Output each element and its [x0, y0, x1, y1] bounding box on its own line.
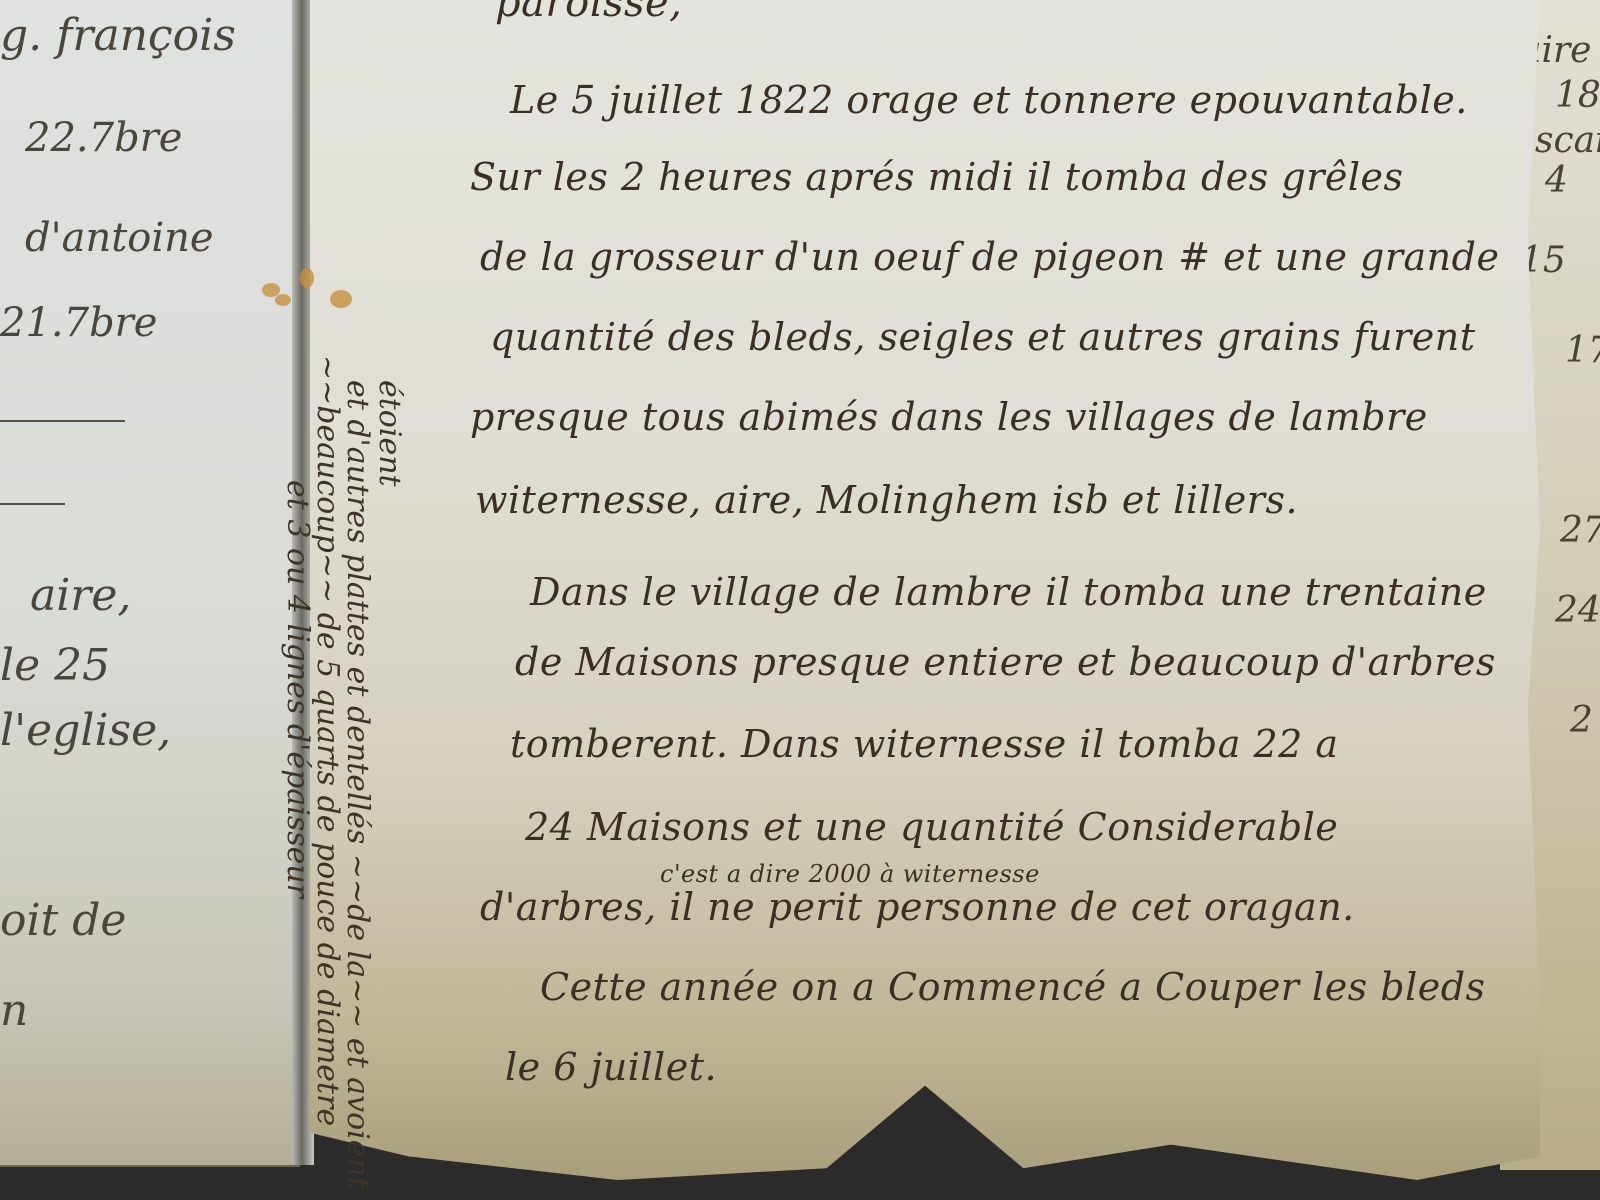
manuscript-line: Dans le village de lambre il tomba une t… — [530, 570, 1487, 614]
left-fragment: 22.7bre — [25, 115, 182, 161]
manuscript-line: witernesse, aire, Molinghem isb et lille… — [475, 478, 1298, 522]
ink-stain — [275, 294, 291, 306]
right-fragment: 18 — [1555, 75, 1600, 116]
manuscript-line: le 6 juillet. — [505, 1045, 717, 1089]
manuscript-line: 24 Maisons et une quantité Considerable — [525, 805, 1338, 849]
left-fragment: oit de — [0, 895, 126, 946]
right-fragment: 24 — [1555, 590, 1600, 631]
left-fragment: aire, — [30, 570, 131, 621]
interlinear-note: c'est a dire 2000 à witernesse — [660, 860, 1040, 888]
right-fragment: 17 — [1565, 330, 1600, 371]
left-fragment: d'antoine — [25, 215, 214, 261]
margin-note-insert: étoient — [372, 380, 407, 487]
manuscript-line: de la grosseur d'un oeuf de pigeon # et … — [480, 235, 1499, 279]
right-fragment: scaio — [1535, 120, 1600, 161]
left-fragment: l'eglise, — [0, 705, 171, 756]
manuscript-photo: g. françois 22.7bre d'antoine 21.7bre ai… — [0, 0, 1600, 1200]
manuscript-line: Cette année on a Commencé a Couper les b… — [540, 965, 1486, 1009]
left-fragment: 21.7bre — [0, 300, 157, 346]
right-fragment: 27 — [1560, 510, 1600, 551]
margin-note-line: et d'autres plattes et dentellés ~~de la… — [340, 380, 375, 1189]
right-fragment: 4 — [1545, 160, 1568, 201]
left-fragment: le 25 — [0, 640, 110, 691]
right-fragment: 2 — [1570, 700, 1593, 741]
left-fragment: g. françois — [0, 10, 236, 61]
heading-fragment: paroisse, — [495, 0, 682, 26]
divider-line — [0, 503, 65, 505]
ink-stain — [300, 268, 314, 288]
margin-note-line: ~~beaucoup~~ de 5 quarts de pouce de dia… — [310, 355, 345, 1126]
left-fragment: n — [0, 985, 28, 1036]
manuscript-line: de Maisons presque entiere et beaucoup d… — [515, 640, 1496, 684]
manuscript-line: presque tous abimés dans les villages de… — [470, 395, 1428, 439]
manuscript-line: tomberent. Dans witernesse il tomba 22 a — [510, 722, 1339, 766]
divider-line — [0, 420, 125, 422]
manuscript-line: quantité des bleds, seigles et autres gr… — [490, 315, 1475, 359]
margin-note-line: et 3 ou 4 lignes d'épaisseur — [280, 480, 315, 898]
manuscript-line: Sur les 2 heures aprés midi il tomba des… — [470, 155, 1404, 199]
manuscript-line: Le 5 juillet 1822 orage et tonnere epouv… — [510, 78, 1468, 122]
left-page: g. françois 22.7bre d'antoine 21.7bre ai… — [0, 0, 300, 1167]
manuscript-line: d'arbres, il ne perit personne de cet or… — [480, 885, 1355, 929]
ink-stain — [330, 290, 352, 308]
